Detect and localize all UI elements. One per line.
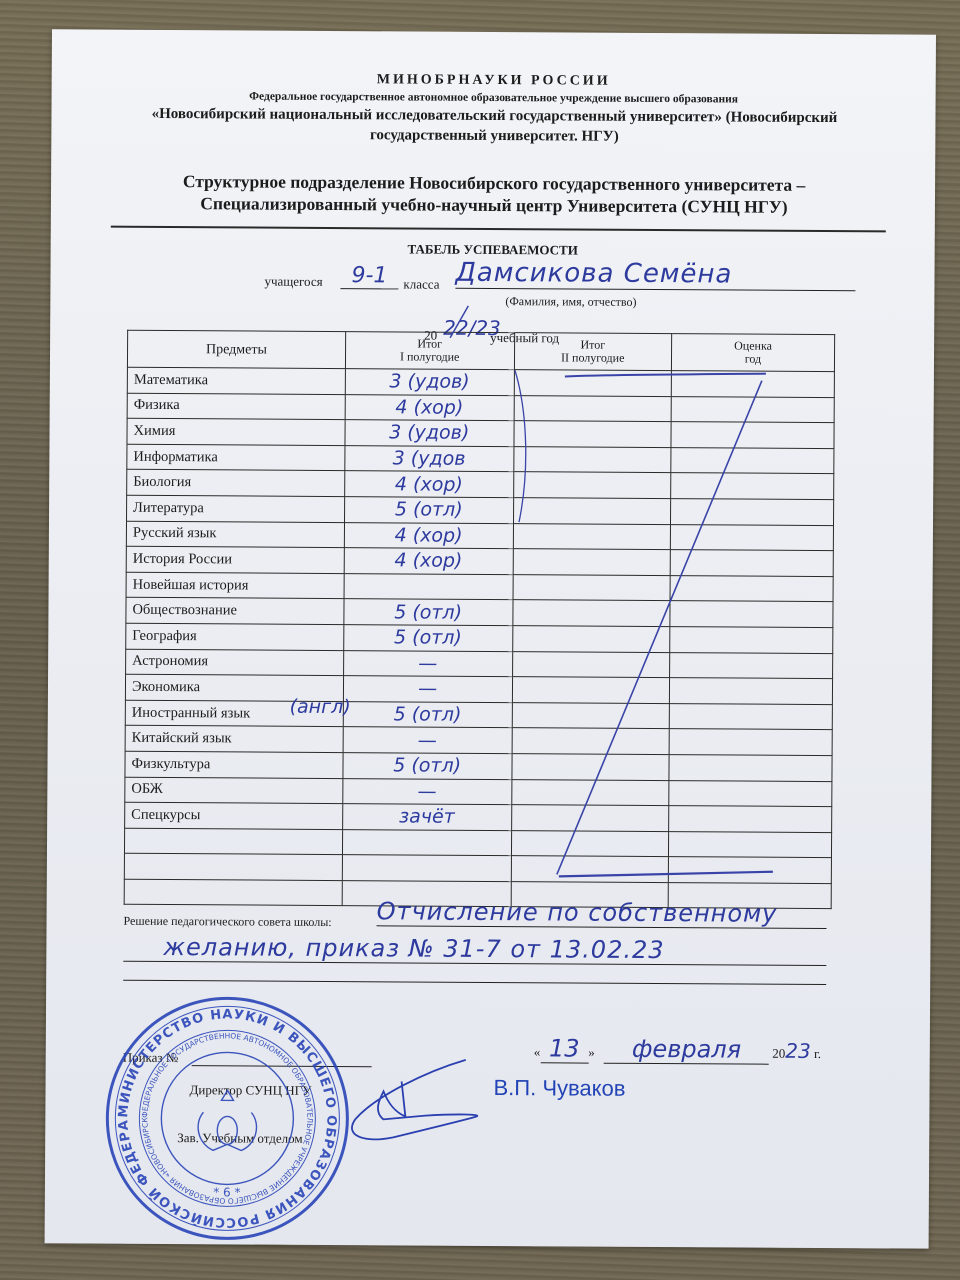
class-field: 9-1 [340, 263, 398, 289]
subject-cell: Астрономия [126, 649, 344, 676]
date-close-quote: » [588, 1045, 595, 1060]
subject-cell: ОБЖ [125, 777, 343, 804]
header-term2: Итог II полугодие [514, 333, 672, 371]
term1-grade-text: — [418, 678, 437, 700]
year-grade-cell [669, 780, 832, 807]
date-year-field: 23 [785, 1039, 811, 1063]
term1-grade-text: 3 (удов [393, 447, 466, 469]
term1-grade-cell: — [343, 727, 512, 754]
term1-grade-text: 5 (отл) [394, 601, 462, 623]
subject-cell: Физкультура [125, 751, 343, 778]
subject-text: Математика [134, 372, 208, 388]
subject-text: Астрономия [132, 653, 208, 669]
term1-grade-text: 5 (отл) [393, 755, 461, 777]
term1-grade-cell: — [343, 778, 512, 805]
term2-grade-cell [513, 549, 671, 576]
year-grade-cell [670, 601, 833, 628]
council-decision-label: Решение педагогического совета школы: [124, 914, 332, 930]
year-grade-cell [668, 831, 831, 858]
term1-grade-cell: — [343, 650, 512, 677]
subject-text: Физкультура [131, 756, 210, 772]
year-grade-cell [670, 499, 833, 526]
year-grade-cell [670, 627, 833, 654]
class-suffix: класса [403, 276, 439, 292]
subject-text: Обществознание [132, 602, 237, 619]
structural-unit-name: Структурное подразделение Новосибирского… [111, 170, 877, 219]
date-year-suffix: г. [814, 1046, 821, 1061]
subject-text: Иностранный язык [132, 704, 250, 721]
council-decision-line-2: желанию, приказ № 31-7 от 13.02.23 [123, 933, 826, 966]
term2-grade-cell [511, 754, 669, 781]
term1-grade-cell [344, 573, 513, 600]
subject-text: ОБЖ [131, 781, 163, 797]
council-decision-line-3 [123, 980, 826, 985]
subject-text: География [132, 628, 197, 644]
term2-grade-cell [511, 830, 669, 857]
subject-cell [124, 828, 342, 855]
term2-grade-cell [513, 523, 671, 550]
header-divider [111, 226, 886, 233]
term1-grade-cell: 3 (удов [345, 445, 514, 472]
term1-grade-cell: 5 (отл) [344, 497, 513, 524]
year-grade-cell [670, 550, 833, 577]
header-year: Оценка год [671, 334, 834, 372]
year-grade-cell [670, 524, 833, 551]
term1-grade-cell [342, 855, 511, 882]
term1-grade-cell: 5 (отл) [343, 752, 512, 779]
student-prefix: учащегося [264, 274, 322, 290]
ministry-title: МИНОБРНАУКИ РОССИИ [52, 70, 936, 91]
year-grade-cell [670, 575, 833, 602]
student-name-field: Дамсикова Семёна [455, 258, 855, 291]
term1-grade-text: 5 (отл) [395, 499, 463, 521]
year-grade-cell [671, 396, 834, 423]
term1-grade-cell: 4 (хор) [345, 394, 514, 421]
term2-grade-cell [512, 651, 670, 678]
signature-icon [345, 1041, 506, 1152]
table-header-row: Предметы Итог I полугодие Итог II полуго… [127, 330, 834, 371]
year-grade-cell [669, 729, 832, 756]
term1-grade-cell: 5 (отл) [343, 701, 512, 728]
subject-cell: География [126, 623, 344, 650]
header-term1: Итог I полугодие [345, 332, 514, 370]
term1-grade-cell: 3 (удов) [345, 420, 514, 447]
subject-cell: Информатика [127, 444, 345, 471]
term2-grade-cell [513, 446, 671, 473]
term1-grade-text: — [417, 780, 436, 802]
header-subjects: Предметы [127, 330, 345, 368]
term2-grade-cell [512, 600, 670, 627]
subject-cell: Биология [127, 470, 345, 497]
subject-text: Биология [133, 474, 191, 490]
term1-grade-text: 4 (хор) [395, 524, 463, 546]
subject-cell: История России [126, 546, 344, 573]
subject-cell: Спецкурсы [125, 802, 343, 829]
term2-grade-cell [513, 498, 671, 525]
term2-grade-cell [511, 779, 669, 806]
subject-cell [124, 879, 342, 906]
subject-cell: Русский язык [126, 521, 344, 548]
subject-text: Информатика [133, 448, 218, 465]
date-line: «13» февраля 2023 г. [534, 1034, 821, 1065]
subject-cell [124, 854, 342, 881]
term2-grade-cell [512, 702, 670, 729]
year-grade-cell [669, 703, 832, 730]
term2-grade-cell [512, 677, 670, 704]
signatory-name: В.П. Чуваков [493, 1075, 625, 1102]
term1-grade-text: 3 (удов) [389, 422, 469, 444]
subject-text: Химия [134, 423, 176, 439]
year-grade-cell [669, 754, 832, 781]
term2-grade-cell [512, 728, 670, 755]
date-day-field: 13 [540, 1034, 588, 1063]
name-caption: (Фамилия, имя, отчество) [505, 294, 636, 310]
term1-grade-cell: 4 (хор) [344, 522, 513, 549]
term1-grade-text: 5 (отл) [394, 703, 462, 725]
year-grade-cell [668, 857, 831, 884]
subject-text: Русский язык [133, 525, 217, 542]
term1-grade-cell: зачёт [342, 804, 511, 831]
term2-grade-cell [513, 472, 671, 499]
term1-grade-text: 4 (хор) [395, 473, 463, 495]
term2-grade-cell [514, 421, 672, 448]
term1-grade-cell: 5 (отл) [344, 599, 513, 626]
subject-cell: Химия [127, 418, 345, 445]
term1-grade-text: 3 (удов) [389, 371, 469, 393]
term2-grade-cell [511, 805, 669, 832]
term1-grade-text: 4 (хор) [394, 550, 462, 572]
report-card-sheet: МИНОБРНАУКИ РОССИИ Федеральное государст… [45, 29, 936, 1248]
year-grade-cell [669, 652, 832, 679]
subject-cell: Новейшая история [126, 572, 344, 599]
year-grade-cell [669, 678, 832, 705]
official-seal-icon: МИНИСТЕРСТВО НАУКИ И ВЫСШЕГО ОБРАЗОВАНИЯ… [103, 994, 353, 1244]
term1-grade-cell: — [343, 676, 512, 703]
subject-cell: Математика [127, 367, 345, 394]
term2-grade-cell [514, 370, 672, 397]
grades-table: Предметы Итог I полугодие Итог II полуго… [124, 330, 836, 910]
university-name: «Новосибирский национальный исследовател… [91, 104, 897, 149]
subject-text: Новейшая история [133, 576, 249, 593]
council-decision-line-1: Отчисление по собственному [377, 897, 827, 929]
term2-grade-cell [514, 395, 672, 422]
term1-grade-text: — [418, 652, 437, 674]
term1-grade-cell: 3 (удов) [345, 369, 514, 396]
subject-cell: Физика [127, 393, 345, 420]
subject-text: Физика [134, 397, 180, 413]
term1-grade-cell [342, 829, 511, 856]
subject-cell: Китайский язык [125, 726, 343, 753]
term2-grade-cell [511, 856, 669, 883]
subject-text: Спецкурсы [131, 807, 200, 823]
term1-grade-cell: 4 (хор) [344, 548, 513, 575]
subject-note: (англ) [290, 695, 351, 717]
subject-text: Экономика [132, 679, 200, 695]
subject-text: Китайский язык [132, 730, 232, 747]
date-month-field: февраля [604, 1035, 769, 1065]
subject-cell: Иностранный язык(англ) [125, 700, 343, 727]
svg-text:* 6 *: * 6 * [213, 1185, 240, 1199]
year-grade-cell [671, 447, 834, 474]
subject-cell: Обществознание [126, 598, 344, 625]
subject-text: История России [133, 551, 232, 568]
term2-grade-cell [512, 626, 670, 653]
term1-grade-cell: 4 (хор) [344, 471, 513, 498]
year-grade-cell [671, 473, 834, 500]
date-year-prefix: 20 [772, 1046, 785, 1061]
term1-grade-cell: 5 (отл) [344, 625, 513, 652]
subject-cell: Литература [127, 495, 345, 522]
subject-text: Литература [133, 500, 204, 516]
year-grade-cell [671, 371, 834, 398]
year-grade-cell [671, 422, 834, 449]
term1-grade-text: 4 (хор) [395, 396, 463, 418]
term1-grade-text: зачёт [399, 806, 455, 828]
year-grade-cell [669, 806, 832, 833]
term1-grade-text: — [418, 729, 437, 751]
term1-grade-text: 5 (отл) [394, 627, 462, 649]
term2-grade-cell [513, 574, 671, 601]
